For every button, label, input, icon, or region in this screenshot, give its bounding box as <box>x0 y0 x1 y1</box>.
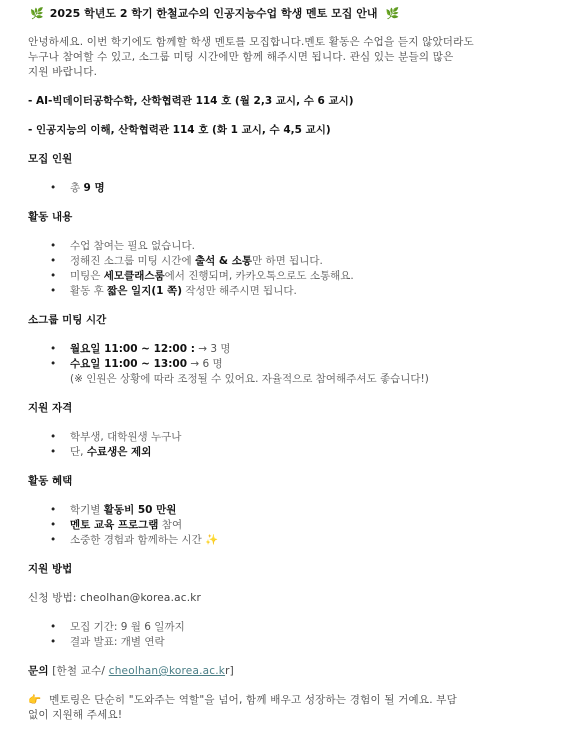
document-page: 🌿 2025 학년도 2 학기 한철교수의 인공지능수업 학생 멘토 모집 안내… <box>0 0 538 723</box>
closing-line: 없이 지원해 주세요! <box>28 708 538 723</box>
list-item: 활동 후 짧은 일지(1 쪽) 작성만 해주시면 됩니다. <box>70 284 538 299</box>
list-item: 모집 기간: 9 월 6 일까지 <box>70 620 538 635</box>
recruit-list: 총 9 명 <box>28 181 538 196</box>
activity-list: 수업 참여는 필요 없습니다. 정해진 소그룹 미팅 시간에 출석 & 소통만 … <box>28 239 538 299</box>
section-heading-benefits: 활동 혜택 <box>28 474 538 489</box>
contact-line: 문의 [한철 교수/ cheolhan@korea.ac.kr] <box>28 664 538 679</box>
course-line: - 인공지능의 이해, 산학협력관 114 호 (화 1 교시, 수 4,5 교… <box>28 123 538 138</box>
section-heading-activity: 활동 내용 <box>28 210 538 225</box>
list-item: 결과 발표: 개별 연락 <box>70 635 538 650</box>
sparkles-icon: ✨ <box>205 534 218 546</box>
list-item: 월요일 11:00 ~ 12:00 : → 3 명 <box>70 342 538 357</box>
apply-method: 신청 방법: cheolhan@korea.ac.kr <box>28 591 538 606</box>
list-item: 수요일 11:00 ~ 13:00 → 6 명 <box>70 357 538 372</box>
list-item: 단, 수료생은 제외 <box>70 445 538 460</box>
title-text: 2025 학년도 2 학기 한철교수의 인공지능수업 학생 멘토 모집 안내 <box>50 6 378 21</box>
page-title: 🌿 2025 학년도 2 학기 한철교수의 인공지능수업 학생 멘토 모집 안내… <box>28 6 538 20</box>
closing-line: 👉멘토링은 단순히 "도와주는 역할"을 넘어, 함께 배우고 성장하는 경험이… <box>28 693 538 708</box>
list-item: 총 9 명 <box>70 181 538 196</box>
apply-list: 모집 기간: 9 월 6 일까지 결과 발표: 개별 연락 <box>28 620 538 650</box>
meeting-note: (※ 인원은 상황에 따라 조정될 수 있어요. 자율적으로 참여해주셔도 좋습… <box>28 372 538 387</box>
section-heading-qualification: 지원 자격 <box>28 401 538 416</box>
section-heading-meeting: 소그룹 미팅 시간 <box>28 313 538 328</box>
list-item: 학부생, 대학원생 누구나 <box>70 430 538 445</box>
intro-line: 지원 바랍니다. <box>28 65 538 80</box>
contact-label: 문의 <box>28 665 49 677</box>
benefits-list: 학기별 활동비 50 만원 멘토 교육 프로그램 참여 소중한 경험과 함께하는… <box>28 503 538 548</box>
list-item: 미팅은 세모클래스룸에서 진행되며, 카카오톡으로도 소통해요. <box>70 269 538 284</box>
qualification-list: 학부생, 대학원생 누구나 단, 수료생은 제외 <box>28 430 538 460</box>
meeting-list: 월요일 11:00 ~ 12:00 : → 3 명 수요일 11:00 ~ 13… <box>28 342 538 372</box>
list-item: 수업 참여는 필요 없습니다. <box>70 239 538 254</box>
contact-email-link[interactable]: cheolhan@korea.ac.k <box>109 665 225 677</box>
intro-line: 누구나 참여할 수 있고, 소그룹 미팅 시간에만 함께 해주시면 됩니다. 관… <box>28 50 538 65</box>
section-heading-apply: 지원 방법 <box>28 562 538 577</box>
intro-line: 안녕하세요. 이번 학기에도 함께할 학생 멘토를 모집합니다.멘토 활동은 수… <box>28 35 538 50</box>
leaf-icon: 🌿 <box>30 6 44 21</box>
list-item: 소중한 경험과 함께하는 시간 ✨ <box>70 533 538 548</box>
leaf-icon: 🌿 <box>385 6 399 21</box>
pointing-hand-icon: 👉 <box>28 694 41 706</box>
list-item: 학기별 활동비 50 만원 <box>70 503 538 518</box>
list-item: 멘토 교육 프로그램 참여 <box>70 518 538 533</box>
section-heading-recruit: 모집 인원 <box>28 152 538 167</box>
course-line: - AI-빅데이터공학수학, 산학협력관 114 호 (월 2,3 교시, 수 … <box>28 94 538 109</box>
list-item: 정해진 소그룹 미팅 시간에 출석 & 소통만 하면 됩니다. <box>70 254 538 269</box>
